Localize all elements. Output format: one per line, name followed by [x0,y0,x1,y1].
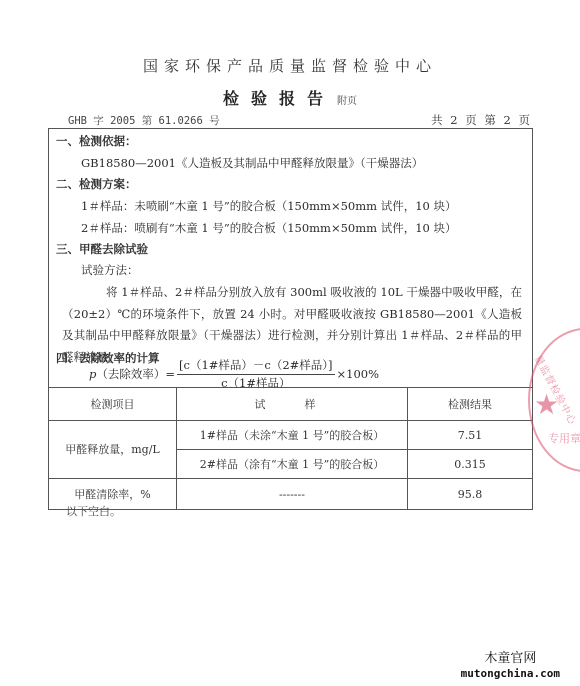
table-cell-sample: 2#样品（涂有“木童 1 号”的胶合板） [176,450,407,479]
formula-numerator: [c（1#样品）－c（2#样品）] [177,358,335,375]
table-cell-sample: ------- [176,479,407,510]
watermark-url: mutongchina.com [461,666,560,681]
stamp-star-icon: ★ [534,388,559,421]
stamp-bottom-text: 专用章 [548,430,580,446]
table-cell-item: 甲醛释放量，mg/L [49,421,177,479]
test-method-label: 试验方法： [81,260,139,281]
column-header-item: 检测项目 [49,388,177,421]
plan-item-2: 2＃样品：喷刷有“木童 1 号”的胶合板（150mm×50mm 试件，10 块） [81,218,456,239]
section-basis-heading: 一、检测依据： [56,131,137,152]
formula-fraction: [c（1#样品）－c（2#样品）] c（1#样品） [177,358,335,391]
organization-title: 国家环保产品质量监督检验中心 [0,55,580,76]
page-indicator: 共 2 页 第 2 页 [431,112,532,128]
formula-multiplier: ×100% [337,364,380,385]
column-header-sample: 试 样 [176,388,407,421]
formula-lhs-label: （去除效率）= [96,364,175,385]
table-cell-result: 0.315 [407,450,532,479]
watermark-name: 木童官网 [461,651,560,666]
results-table: 检测项目 试 样 检测结果 甲醛释放量，mg/L 1#样品（未涂“木童 1 号”… [48,387,533,510]
document-number: GHB 字 2005 第 61.0266 号 [68,113,220,128]
report-frame: 一、检测依据： GB18580—2001《人造板及其制品中甲醛释放限量》（干燥器… [48,128,533,495]
watermark: 木童官网 mutongchina.com [461,651,560,681]
table-row: 甲醛释放量，mg/L 1#样品（未涂“木童 1 号”的胶合板） 7.51 [49,421,533,450]
table-cell-result: 7.51 [407,421,532,450]
column-header-result: 检测结果 [407,388,532,421]
section-basis-text: GB18580—2001《人造板及其制品中甲醛释放限量》（干燥器法） [81,153,423,174]
table-cell-result: 95.8 [407,479,532,510]
formula-variable: p [89,364,96,385]
section-test-heading: 三、甲醛去除试验 [56,239,148,260]
report-title: 检验报告附页 [0,86,580,109]
section-plan-heading: 二、检测方案： [56,174,137,195]
footer-note: 以下空白。 [66,503,121,519]
plan-item-1: 1＃样品：未喷刷“木童 1 号”的胶合板（150mm×50mm 试件，10 块） [81,196,456,217]
report-title-main: 检验报告 [223,89,335,108]
report-title-subtitle: 附页 [337,96,357,107]
table-header-row: 检测项目 试 样 检测结果 [49,388,533,421]
table-cell-sample: 1#样品（未涂“木童 1 号”的胶合板） [176,421,407,450]
table-row: 甲醛清除率，% ------- 95.8 [49,479,533,510]
